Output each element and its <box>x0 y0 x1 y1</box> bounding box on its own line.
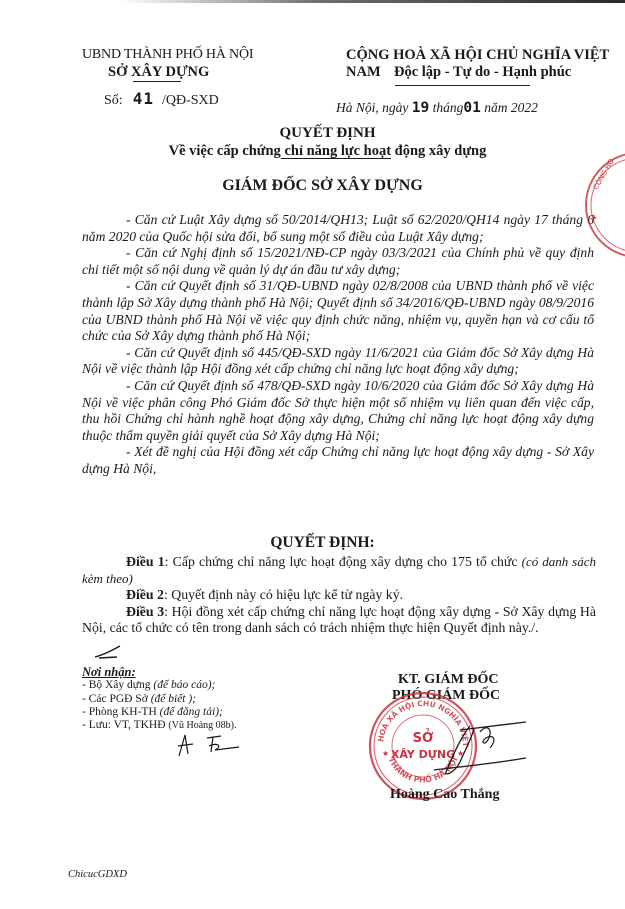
recipient-name: - Phòng KH-TH <box>82 706 160 718</box>
article-text: : Cấp chứng chỉ năng lực hoạt động xây d… <box>165 554 522 569</box>
date-prefix: Hà Nội, ngày <box>336 100 408 115</box>
svg-text:★: ★ <box>591 214 597 222</box>
article-text: : Quyết định này có hiệu lực kể từ ngày … <box>164 587 403 602</box>
national-motto: Độc lập - Tự do - Hạnh phúc <box>394 64 571 81</box>
preamble-item: - Căn cứ Luật Xây dựng số 50/2014/QH13; … <box>82 212 594 245</box>
signature-title-1: KT. GIÁM ĐỐC <box>398 672 498 688</box>
article-label: Điều 1 <box>126 554 165 569</box>
decision-heading: QUYẾT ĐỊNH: <box>10 534 625 552</box>
recipient-name: - Các PGĐ Sở <box>82 693 151 705</box>
preamble-item: - Căn cứ Nghị định số 15/2021/NĐ-CP ngày… <box>82 245 594 278</box>
agency-underline <box>133 81 181 82</box>
document-number: Số:41/QĐ-SXD <box>104 89 219 109</box>
handwritten-signature-icon <box>430 718 530 778</box>
doc-number-value: 41 <box>133 89 154 108</box>
document-subject: Về việc cấp chứng chỉ năng lực hoạt động… <box>15 143 625 160</box>
recipient-item: - Phòng KH-TH (để đăng tải); <box>82 706 236 719</box>
recipient-note: (Vũ Hoàng 08b). <box>168 720 236 731</box>
preamble: - Căn cứ Luật Xây dựng số 50/2014/QH13; … <box>82 212 594 478</box>
recipient-note: (để đăng tải); <box>160 706 223 718</box>
article-2: Điều 2: Quyết định này có hiệu lực kể từ… <box>82 587 596 604</box>
date-year: năm 2022 <box>484 100 538 115</box>
recipients-list: Nơi nhận: - Bộ Xây dựng (để báo cáo); - … <box>82 666 236 732</box>
preamble-item: - Căn cứ Quyết định số 445/QĐ-SXD ngày 1… <box>82 345 594 378</box>
document-date: Hà Nội, ngày 19 tháng01 năm 2022 <box>336 100 538 116</box>
partial-seal-icon: ★ CỘNG HO <box>583 150 625 260</box>
recipient-note: (để biết ); <box>151 693 196 705</box>
preamble-item: - Căn cứ Quyết định số 478/QĐ-SXD ngày 1… <box>82 378 594 444</box>
motto-underline <box>395 85 530 86</box>
agency-name: SỞ XÂY DỰNG <box>108 64 209 81</box>
svg-text:★: ★ <box>382 749 389 758</box>
handwritten-initials-icon <box>175 732 245 758</box>
preamble-item: - Căn cứ Quyết định số 31/QĐ-UBND ngày 0… <box>82 278 594 344</box>
articles: Điều 1: Cấp chứng chỉ năng lực hoạt động… <box>82 554 596 637</box>
svg-text:CỘNG HO: CỘNG HO <box>591 157 616 191</box>
date-month: 01 <box>463 100 480 116</box>
recipient-name: - Bộ Xây dựng <box>82 679 153 691</box>
article-label: Điều 3 <box>126 604 164 619</box>
date-day: 19 <box>412 100 429 116</box>
subject-part: Về việc cấp chứng <box>169 143 281 159</box>
subject-part: động xây dựng <box>391 143 486 159</box>
recipient-item: - Các PGĐ Sở (để biết ); <box>82 693 236 706</box>
subject-underlined: chỉ năng lực hoạt <box>281 143 391 159</box>
article-1: Điều 1: Cấp chứng chỉ năng lực hoạt động… <box>82 554 596 587</box>
recipient-note: (để báo cáo); <box>153 679 215 691</box>
doc-number-suffix: /QĐ-SXD <box>162 93 219 108</box>
initial-flourish-icon <box>93 645 123 659</box>
preamble-item: - Xét đề nghị của Hội đồng xét cấp Chứng… <box>82 444 594 477</box>
recipient-name: - Lưu: VT, TKHĐ <box>82 719 168 731</box>
date-month-label: tháng <box>433 100 464 115</box>
signer-name: Hoàng Cao Thắng <box>390 787 499 803</box>
agency-parent: UBND THÀNH PHỐ HÀ NỘI <box>82 47 253 63</box>
recipient-item: - Bộ Xây dựng (để báo cáo); <box>82 679 236 692</box>
recipients-heading: Nơi nhận: <box>82 666 236 679</box>
article-label: Điều 2 <box>126 587 164 602</box>
scan-edge-shadow <box>120 0 625 3</box>
recipient-item: - Lưu: VT, TKHĐ (Vũ Hoàng 08b). <box>82 719 236 732</box>
document-title: QUYẾT ĐỊNH <box>15 125 625 142</box>
doc-number-label: Số: <box>104 93 123 108</box>
article-3: Điều 3: Hội đồng xét cấp chứng chỉ năng … <box>82 604 596 637</box>
footer-code: ChicucGDXD <box>68 869 127 880</box>
issuing-authority: GIÁM ĐỐC SỞ XÂY DỰNG <box>10 177 625 195</box>
